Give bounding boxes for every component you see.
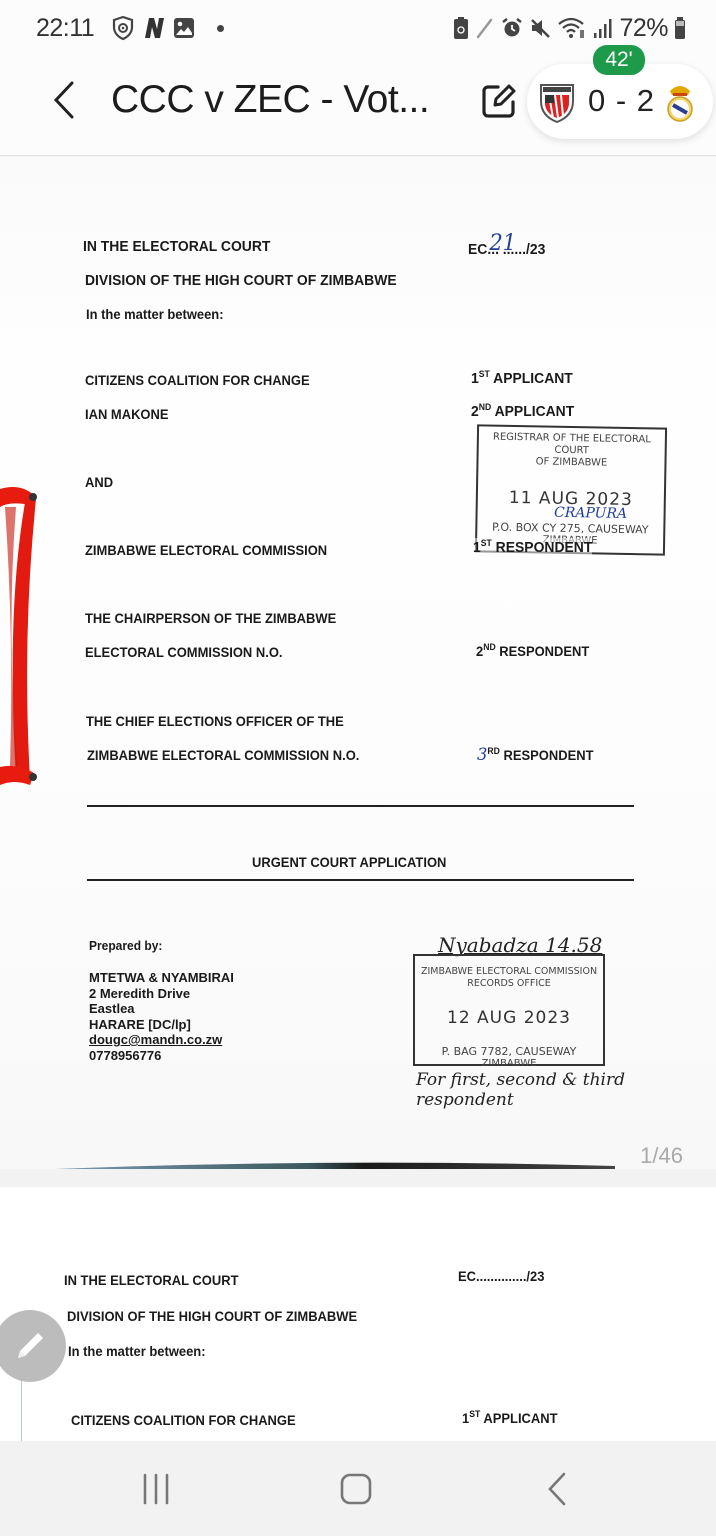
court-division: DIVISION OF THE HIGH COURT OF ZIMBABWE	[85, 273, 397, 289]
match-score: 0 - 2	[588, 83, 655, 119]
prepared-by-label: Prepared by:	[89, 939, 162, 953]
case-number: EC...21....../23	[468, 235, 545, 260]
firm-address-1: 2 Meredith Drive	[89, 986, 234, 1002]
document-heading: URGENT COURT APPLICATION	[252, 855, 446, 870]
system-nav-bar	[0, 1441, 716, 1536]
nav-back-button[interactable]	[532, 1469, 582, 1509]
n-app-icon	[141, 16, 167, 40]
respondent-2-line1: THE CHAIRPERSON OF THE ZIMBABWE	[85, 611, 336, 626]
matter-between: In the matter between:	[86, 307, 224, 322]
status-time: 22:11	[36, 14, 94, 43]
pencil-icon	[10, 1326, 50, 1366]
edit-icon	[480, 82, 518, 120]
registrar-stamp: REGISTRAR OF THE ELECTORAL COURT OF ZIMB…	[475, 424, 667, 555]
and-separator: AND	[85, 475, 113, 490]
respondent-1-role: 1ST RESPONDENT	[473, 538, 592, 556]
recent-apps-icon	[141, 1472, 171, 1506]
party-1-role-p2: 1ST APPLICANT	[462, 1409, 558, 1426]
battery-icon	[674, 16, 686, 40]
match-minute-badge: 42'	[593, 45, 645, 75]
respondent-3-line1: THE CHIEF ELECTIONS OFFICER OF THE	[86, 714, 344, 729]
document-page-2: IN THE ELECTORAL COURT EC............../…	[0, 1187, 716, 1441]
back-icon	[546, 1471, 568, 1507]
athletic-club-crest-icon	[539, 83, 575, 123]
court-name-p2: IN THE ELECTORAL COURT	[64, 1273, 238, 1288]
shield-icon	[111, 15, 135, 41]
firm-city: HARARE [DC/lp]	[89, 1017, 234, 1033]
firm-name: MTETWA & NYAMBIRAI	[89, 970, 234, 986]
handwritten-case-number: 21	[489, 231, 516, 256]
real-madrid-crest-icon	[664, 81, 696, 123]
respondent-2-line2: ELECTORAL COMMISSION N.O.	[85, 645, 283, 660]
home-icon	[339, 1472, 373, 1506]
respondent-2-role: 2ND RESPONDENT	[476, 642, 589, 659]
court-name: IN THE ELECTORAL COURT	[83, 239, 270, 255]
alarm-icon	[501, 17, 523, 39]
back-button[interactable]	[44, 78, 84, 122]
party-2-role: 2ND APPLICANT	[471, 402, 574, 420]
firm-phone: 0778956776	[89, 1048, 234, 1064]
document-title: CCC v ZEC - Vot...	[111, 78, 429, 122]
chevron-left-icon	[52, 80, 76, 120]
respondent-1-name: ZIMBABWE ELECTORAL COMMISSION	[85, 543, 327, 558]
firm-address-2: Eastlea	[89, 1001, 234, 1017]
divider-top	[87, 805, 634, 807]
divider-bottom	[87, 879, 634, 881]
respondent-3-line2: ZIMBABWE ELECTORAL COMMISSION N.O.	[87, 748, 359, 763]
respondent-3-role: 3RD RESPONDENT	[477, 745, 593, 765]
battery-percent: 72%	[619, 14, 668, 43]
document-page-1: IN THE ELECTORAL COURT EC...21....../23 …	[0, 157, 716, 1169]
firm-email: dougc@mandn.co.zw	[89, 1032, 234, 1048]
party-1-role: 1ST APPLICANT	[471, 369, 573, 387]
page-indicator: 1/46	[640, 1143, 683, 1169]
party-2-name: IAN MAKONE	[85, 407, 169, 422]
party-1-name: CITIZENS COALITION FOR CHANGE	[85, 373, 310, 388]
document-viewer[interactable]: IN THE ELECTORAL COURT EC...21....../23 …	[0, 157, 716, 1441]
wifi-icon	[557, 16, 587, 40]
page-margin-line	[21, 1377, 22, 1441]
battery-saver-icon	[453, 16, 469, 40]
law-firm-block: MTETWA & NYAMBIRAI 2 Meredith Drive East…	[89, 970, 234, 1063]
page-edge-shadow	[55, 1160, 615, 1169]
gallery-icon	[173, 17, 195, 39]
case-number-p2: EC............../23	[458, 1269, 544, 1284]
court-division-p2: DIVISION OF THE HIGH COURT OF ZIMBABWE	[67, 1309, 357, 1324]
mute-icon	[529, 17, 551, 39]
home-button[interactable]	[331, 1469, 381, 1509]
pen-icon	[475, 17, 495, 39]
matter-between-p2: In the matter between:	[68, 1344, 206, 1359]
signal-icon	[593, 17, 613, 39]
recent-apps-button[interactable]	[131, 1469, 181, 1509]
handwritten-note: For first, second & third respondent	[416, 1070, 625, 1110]
records-office-stamp: ZIMBABWE ELECTORAL COMMISSION RECORDS OF…	[413, 954, 605, 1066]
edit-button[interactable]	[480, 82, 520, 122]
party-1-name-p2: CITIZENS COALITION FOR CHANGE	[71, 1413, 296, 1428]
notification-dot-icon	[217, 25, 224, 32]
red-ribbon-binding	[0, 487, 40, 787]
